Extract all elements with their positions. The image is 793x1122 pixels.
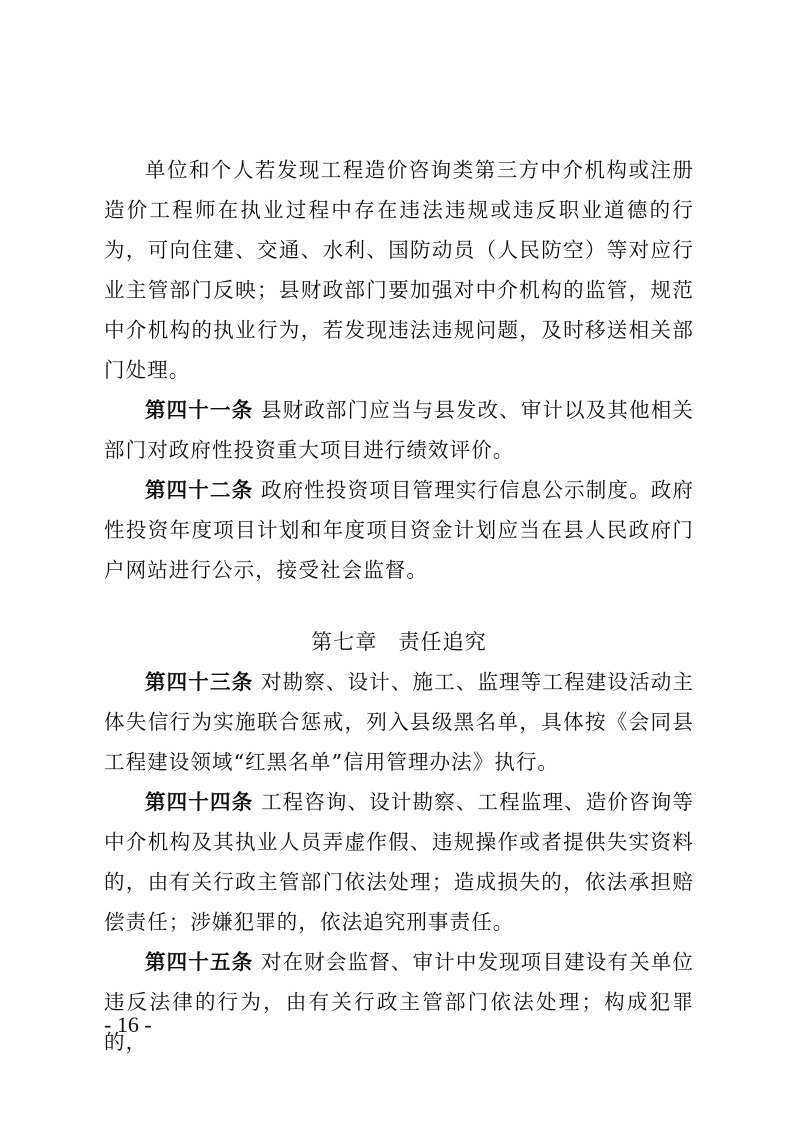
article-41: 第四十一条 县财政部门应当与县发改、审计以及其他相关部门对政府性投资重大项目进行… bbox=[104, 390, 694, 470]
paragraph-text: 单位和个人若发现工程造价咨询类第三方中介机构或注册造价工程师在执业过程中存在违法… bbox=[104, 158, 694, 382]
article-45: 第四十五条 对在财会监督、审计中发现项目建设有关单位违反法律的行为，由有关行政主… bbox=[104, 942, 694, 1062]
article-heading: 第四十三条 bbox=[145, 670, 253, 694]
chapter-heading: 第七章责任追究 bbox=[104, 622, 694, 662]
article-heading: 第四十一条 bbox=[145, 398, 253, 422]
article-44: 第四十四条 工程咨询、设计勘察、工程监理、造价咨询等中介机构及其执业人员弄虚作假… bbox=[104, 782, 694, 942]
chapter-title: 责任追究 bbox=[398, 630, 486, 654]
article-heading: 第四十四条 bbox=[145, 790, 253, 814]
article-heading: 第四十二条 bbox=[145, 478, 253, 502]
article-43: 第四十三条 对勘察、设计、施工、监理等工程建设活动主体失信行为实施联合惩戒，列入… bbox=[104, 662, 694, 782]
page-number: - 16 - bbox=[104, 1012, 152, 1038]
document-page: 单位和个人若发现工程造价咨询类第三方中介机构或注册造价工程师在执业过程中存在违法… bbox=[0, 0, 793, 1122]
paragraph-intermediary-supervision: 单位和个人若发现工程造价咨询类第三方中介机构或注册造价工程师在执业过程中存在违法… bbox=[104, 150, 694, 390]
article-heading: 第四十五条 bbox=[145, 950, 253, 974]
document-body: 单位和个人若发现工程造价咨询类第三方中介机构或注册造价工程师在执业过程中存在违法… bbox=[104, 150, 694, 1062]
chapter-number: 第七章 bbox=[311, 630, 377, 654]
article-42: 第四十二条 政府性投资项目管理实行信息公示制度。政府性投资年度项目计划和年度项目… bbox=[104, 470, 694, 590]
